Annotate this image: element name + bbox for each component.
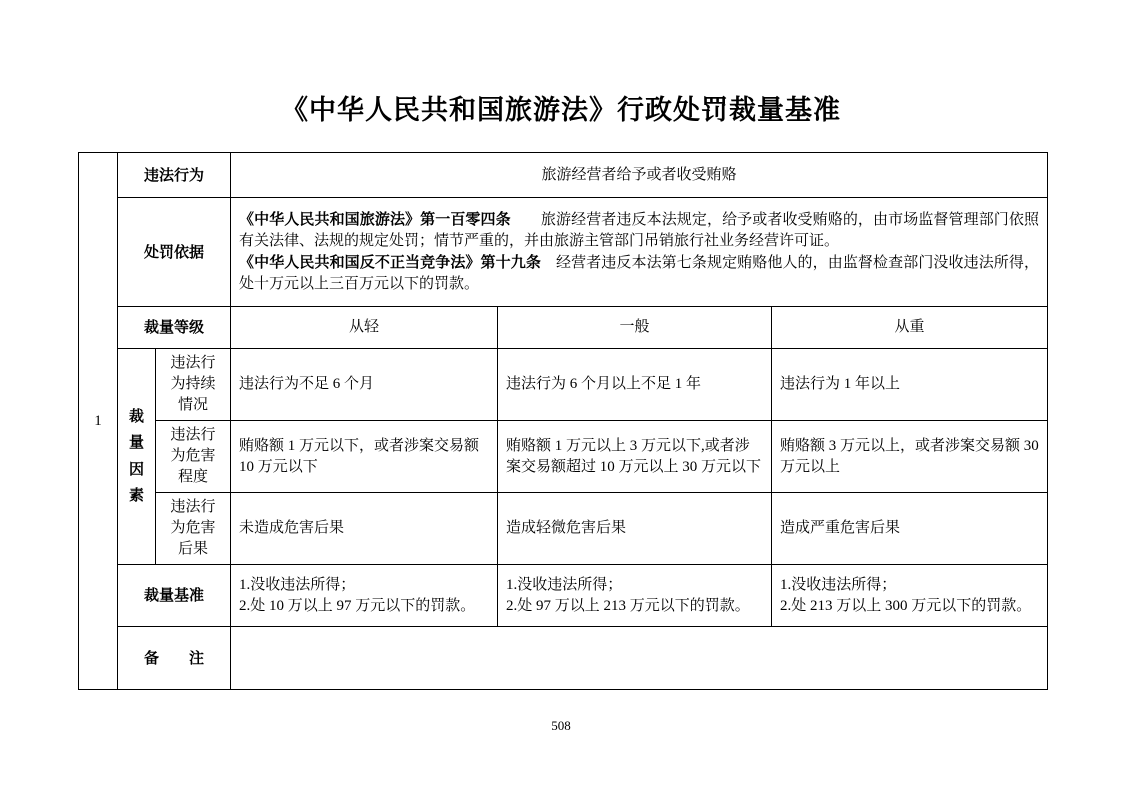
benchmark-row: 裁量基准 1.没收违法所得； 2.处 10 万以上 97 万元以下的罚款。 1.… [79,565,1048,627]
violation-row: 1 违法行为 旅游经营者给予或者收受贿赂 [79,153,1048,198]
penalty-basis-value-cell: 《中华人民共和国旅游法》第一百零四条 旅游经营者违反本法规定，给予或者收受贿赂的… [231,198,1048,307]
factor-duration-light: 违法行为不足 6 个月 [231,349,498,421]
discretion-factors-label: 裁量因素 [118,349,156,565]
factor-consequence-heavy: 造成严重危害后果 [772,493,1048,565]
factor-consequence-normal: 造成轻微危害后果 [498,493,772,565]
benchmark-label: 裁量基准 [118,565,231,627]
factor-duration-row: 裁量因素 违法行为持续情况 违法行为不足 6 个月 违法行为 6 个月以上不足 … [79,349,1048,421]
penalty-basis-label: 处罚依据 [118,198,231,307]
discretion-level-row: 裁量等级 从轻 一般 从重 [79,307,1048,349]
entry-number: 1 [79,153,118,690]
grade-header-heavy: 从重 [772,307,1048,349]
benchmark-heavy: 1.没收违法所得； 2.处 213 万以上 300 万元以下的罚款。 [772,565,1048,627]
grade-header-normal: 一般 [498,307,772,349]
remarks-row: 备 注 [79,627,1048,690]
factor-degree-label: 违法行为危害程度 [156,421,231,493]
factor-consequence-label: 违法行为危害后果 [156,493,231,565]
factor-consequence-light: 未造成危害后果 [231,493,498,565]
discretion-level-label: 裁量等级 [118,307,231,349]
grade-header-light: 从轻 [231,307,498,349]
factor-consequence-row: 违法行为危害后果 未造成危害后果 造成轻微危害后果 造成严重危害后果 [79,493,1048,565]
violation-label: 违法行为 [118,153,231,198]
factor-degree-row: 违法行为危害程度 贿赂额 1 万元以下，或者涉案交易额 10 万元以下 贿赂额 … [79,421,1048,493]
clause-1-title: 《中华人民共和国旅游法》第一百零四条 [239,211,511,228]
remarks-value-cell [231,627,1048,690]
factor-duration-heavy: 违法行为 1 年以上 [772,349,1048,421]
benchmark-light: 1.没收违法所得； 2.处 10 万以上 97 万元以下的罚款。 [231,565,498,627]
factor-duration-normal: 违法行为 6 个月以上不足 1 年 [498,349,772,421]
benchmark-normal: 1.没收违法所得； 2.处 97 万以上 213 万元以下的罚款。 [498,565,772,627]
page-title: 《中华人民共和国旅游法》行政处罚裁量基准 [0,88,1122,127]
remarks-label: 备 注 [118,627,231,690]
penalty-basis-clause-2: 《中华人民共和国反不正当竞争法》第十九条 经营者违反本法第七条规定贿赂他人的，由… [239,252,1039,295]
penalty-basis-clause-1: 《中华人民共和国旅游法》第一百零四条 旅游经营者违反本法规定，给予或者收受贿赂的… [239,209,1039,252]
penalty-basis-row: 处罚依据 《中华人民共和国旅游法》第一百零四条 旅游经营者违反本法规定，给予或者… [79,198,1048,307]
factor-duration-label: 违法行为持续情况 [156,349,231,421]
factor-degree-light: 贿赂额 1 万元以下，或者涉案交易额 10 万元以下 [231,421,498,493]
page-number: 508 [0,718,1122,734]
factor-degree-heavy: 贿赂额 3 万元以上，或者涉案交易额 30 万元以上 [772,421,1048,493]
factor-degree-normal: 贿赂额 1 万元以上 3 万元以下,或者涉案交易额超过 10 万元以上 30 万… [498,421,772,493]
clause-2-title: 《中华人民共和国反不正当竞争法》第十九条 [239,254,541,271]
violation-value-cell: 旅游经营者给予或者收受贿赂 [231,153,1048,198]
discretion-factors-label-text: 裁量因素 [128,404,145,509]
penalty-discretion-table: 1 违法行为 旅游经营者给予或者收受贿赂 处罚依据 《中华人民共和国旅游法》第一… [78,152,1048,690]
